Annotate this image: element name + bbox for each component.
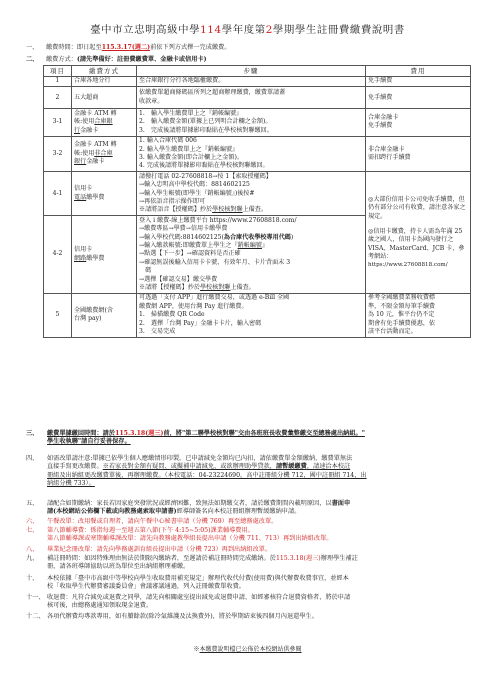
fee-line: 免手續費	[368, 122, 468, 130]
row-fee-credit-card: ◎大部份信用卡公司免收手續費，但仍有部分公司有收費，請注意各家之規定。 ◎信用卡…	[366, 172, 471, 294]
row-item: 4-1	[44, 172, 72, 216]
section-text-bold: 請(本校網站公佈欄下載或向教務處索取申請書)	[47, 508, 177, 515]
section-text: 請配合如期繳納：家長若因家庭突發狀況或經濟困難，致無法如期繳交者，請於繳費期間內…	[47, 500, 332, 507]
row-item: 4-2	[44, 216, 72, 294]
section-text: 核可後，由總務處通知領取現金退費。	[47, 602, 466, 610]
step-line: 依繳費單超商條碼區所列之超商辦理繳費，繳費單請蓋	[139, 89, 363, 97]
fee-line: 準，不限金額每筆手續費	[368, 303, 468, 311]
method-bank-underlined: 非合庫	[94, 150, 112, 157]
late-registration-date: 115.3.18(週三)	[276, 555, 321, 562]
header-item: 項目	[44, 66, 72, 77]
step-line: 上備查。	[243, 206, 267, 213]
row-item: 2	[44, 87, 72, 109]
row-method: 合庫各地分行	[72, 76, 137, 86]
section-number: 十、	[26, 575, 38, 583]
defer-payment-note: 請暫緩繳費	[276, 463, 307, 470]
section-3-receipt-return: 三、 繳費單據繳回時間：請於115.3.18(週三)前，將"第二聯學校核對聯"交…	[26, 430, 466, 447]
title-year: 114	[200, 24, 222, 36]
method-line: 繳學費	[86, 194, 104, 201]
step-line: 可透過「支付 APP」進行繳費交易，或透過 e-Bill 全國	[139, 294, 363, 302]
table-header-row: 項目 繳費方式 步驟 費用	[44, 66, 471, 77]
fee-note: ◎信用卡繳費，持卡人需為年滿 25 歲之國人，信用卡為國內發行之 VISA、Ma…	[368, 228, 468, 262]
row-item: 5	[44, 293, 72, 337]
section-number: 四、	[26, 455, 38, 463]
section-text: 繳費單據繳回時間：請於	[47, 430, 115, 437]
section-12-surplus: 十二、 各項代辦費均專款專用，如有賸餘款(除冷氣維護及汰換費外)，將於學期結束後…	[26, 613, 466, 621]
row-steps: 依繳費單超商條碼區所列之超商辦理繳費，繳費單請蓋 收款章。	[137, 87, 366, 109]
section-note: (請先準備好：註冊費繳費單、金融卡或信用卡)	[77, 56, 207, 63]
section-number: 九、	[26, 555, 38, 563]
section-text: 午餐改單：改用餐或自理者，請向午餐中心秘書申請（分機 769）再至總務處改單。	[47, 518, 466, 526]
section-number: 七、	[26, 527, 38, 535]
section-7-tutoring: 七、 第八節輔導費：係指每週一至週五第八節(下午 4:15~5:05)課業輔導費…	[26, 527, 466, 544]
method-bank-underlined: 銀行	[74, 158, 86, 165]
method-line: 信用卡	[74, 246, 134, 254]
section-number: 八、	[26, 546, 38, 554]
step-line: →選擇【確認交易】繳交學費	[139, 276, 363, 284]
step-bold: 為合庫代收學校專用代碼	[224, 234, 291, 241]
method-line: 帳:使用	[74, 150, 94, 157]
section-9-late-registration: 九、 補註冊時間：如因特殊理由無法於期限內繳納者，至遲請於補註冊時間完成繳納。於…	[26, 555, 466, 572]
step-line: 3. 完成後請將單據影印黏貼在學校核對聯繳回。	[139, 127, 363, 135]
section-text: 校「收取學生代辦費審議委員會」會議審議通過，列入註冊繳費單收費。	[47, 583, 466, 591]
title-suffix: 學期學生註冊費繳費說明書	[273, 24, 405, 36]
step-line: 2. 選擇「台灣 Pay」金融卡卡片，輸入密碼	[139, 320, 363, 328]
row-steps: 請撥打電話 02-27608818→按 1【索取授權碼】 →輸入忠明高中學校代碼…	[137, 172, 366, 216]
fee-notice-page: 臺中市立忠明高級中學114學年度第2學期學生註冊費繳費說明書 一、繳費時間：即日…	[0, 0, 495, 700]
row-fee: 合庫金融卡 免手續費	[366, 109, 471, 136]
method-line: 金融卡 ATM 轉	[74, 141, 134, 149]
table-row: 3-2 金融卡 ATM 轉 帳:使用非合庫 銀行金融卡 1. 輸入合庫代碼 00…	[44, 136, 471, 172]
section-text: 辦理學生補註	[321, 555, 358, 562]
step-line: 2. 輸入學生繳費單上之『銷帳編號』	[139, 146, 363, 154]
section-11-refund: 十一、 收退費：凡符合減免或退費之同學，請先向相關處室提出減免或退費申請，如經審…	[26, 594, 466, 611]
table-row: 1 合庫各地分行 至合庫銀行分行各地臨櫃繳費。 免手續費	[44, 76, 471, 86]
title-school: 臺中市立忠明高級中學	[90, 24, 200, 36]
step-line: )	[291, 234, 293, 241]
fee-line: 需扣跨行手續費	[368, 154, 468, 162]
step-line: →輸入忠明高中學校代碼：8814602125	[139, 181, 363, 189]
method-channel-underlined: 網路	[74, 255, 86, 262]
method-channel-underlined: 電話	[74, 194, 86, 201]
fee-reference-url: https://www.27608818.com/	[368, 262, 468, 270]
step-underlined: 學校核對聯	[212, 206, 242, 213]
section-number: 一、	[26, 44, 46, 52]
footer-text: 本繳費說明檔已公佈於本校網站供參閱	[200, 646, 302, 653]
method-line: 繳學費	[86, 255, 104, 262]
step-line: 1. 掃描繳費 QR Code	[139, 311, 363, 319]
fee-line: 期會有免手續費優惠，依	[368, 320, 468, 328]
section-10-regulations: 十、 本校依據「臺中市高級中等學校向學生收取費用補充規定」辦理代收代付費(使用費…	[26, 575, 466, 592]
step-line: 4. 完成後請將單據影印黏貼在學校核對聯繳回。	[139, 162, 363, 170]
row-steps: 1. 輸入合庫代碼 006 2. 輸入學生繳費單上之『銷帳編號』 3. 輸入繳費…	[137, 136, 366, 172]
fee-line: 為 10 元，惟平台仍不定	[368, 311, 468, 319]
section-text: ，請速洽本校註	[307, 463, 350, 470]
step-line: →輸入繳款帳號:即繳費單上學生之『	[139, 242, 238, 249]
section-label: 繳費方式：	[46, 56, 77, 63]
section-1-payment-period: 一、繳費時間：即日起至115.3.17(週二)前依下列方式擇一完成繳費。	[26, 44, 231, 52]
row-item: 3-1	[44, 109, 72, 136]
title-term: 2	[266, 24, 273, 36]
fee-line: 非合庫金融卡	[368, 146, 468, 154]
header-method: 繳費方式	[72, 66, 137, 77]
section-text: 學生收執聯"請自行妥善保存。	[47, 438, 131, 445]
row-fee: 免手續費	[366, 87, 471, 109]
step-line: 1. 輸入合庫代碼 006	[139, 137, 363, 145]
section-text: 畢業紀念冊改單：請先向學務處訓育組長提出申請（分機 723）再到出納組改單。	[47, 546, 466, 554]
header-fee: 費用	[366, 66, 471, 77]
row-item: 1	[44, 76, 72, 86]
table-row: 5 全國繳費網(含 台灣 pay) 可透過「支付 APP」進行繳費交易，或透過 …	[44, 293, 471, 337]
method-line: 信用卡	[74, 185, 134, 193]
section-text: 前依下列方式擇一完成繳費。	[150, 44, 230, 51]
page-title: 臺中市立忠明高級中學114學年度第2學期學生註冊費繳費說明書	[0, 23, 495, 37]
section-text-bold: 書面申	[332, 500, 351, 507]
row-fee: 非合庫金融卡 需扣跨行手續費	[366, 136, 471, 172]
section-contact: 納組分機 733）。	[47, 480, 466, 488]
row-steps: 可透過「支付 APP」進行繳費交易，或透過 e-Bill 全國 繳費網 APP，…	[137, 293, 366, 337]
method-line: 帳:使用	[74, 118, 94, 125]
method-line: 金融卡	[80, 127, 98, 134]
row-method: 五大超商	[72, 87, 137, 109]
step-line: →點選【下一步】→確認資料是否正確	[139, 250, 363, 258]
row-item: 3-2	[44, 136, 72, 172]
method-line: 金融卡	[86, 158, 104, 165]
row-steps: 至合庫銀行分行各地臨櫃繳費。	[137, 76, 366, 86]
step-line: →輸入學校代碼:8814602125(	[139, 234, 224, 241]
step-line: 上備查。	[230, 284, 254, 291]
section-number: 五、	[26, 500, 38, 508]
row-steps: 登入 i 繳費-線上繳費平台 https://www.27608818.com/…	[137, 216, 366, 294]
table-row: 2 五大超商 依繳費單超商條碼區所列之超商辦理繳費，繳費單請蓋 收款章。 免手續…	[44, 87, 471, 109]
section-text: ※若家長對金額有疑問、或擬補申請減免、或欲辦理助學貸款，	[103, 463, 276, 470]
step-line: 3. 交易完成	[139, 328, 363, 336]
fee-note: ◎大部份信用卡公司免收手續費，但仍有部分公司有收費，請注意各家之規定。	[368, 196, 468, 221]
step-line: 登入 i 繳費-線上繳費平台 https://www.27608818.com/	[139, 217, 363, 225]
step-line: 2. 輸入繳費金額(單據上已列明合計欄之金額)。	[139, 118, 363, 126]
step-underlined: 學校核對聯	[200, 284, 230, 291]
section-text: 經導師簽名向本校註冊組辦理暫緩繳納申請。	[177, 508, 301, 515]
row-method: 金融卡 ATM 轉 帳:使用合庫銀 行金融卡	[72, 109, 137, 136]
section-6-lunch: 六、 午餐改單：改用餐或自理者，請向午餐中心秘書申請（分機 769）再至總務處改…	[26, 518, 466, 526]
section-4-amendment: 四、 如需改單請注意:單據已依學生個人應繳情形印製，已申請減免金額均已內扣，請依…	[26, 455, 466, 488]
step-line: 繳費網 APP，使用台灣 Pay 進行繳費。	[139, 303, 363, 311]
fee-line: 該平台活動而定。	[368, 328, 468, 336]
section-text: 補註冊時間：如因特殊理由無法於期限內繳納者，至遲請於補註冊時間完成繳納。於	[47, 555, 276, 562]
row-method: 信用卡 電話繳學費	[72, 172, 137, 216]
section-text: 第八節輔導課或寒期輔導課改單：請先向教務處教學組長提出申請（分機 711、713…	[47, 535, 466, 543]
method-bank-underlined: 合庫銀	[94, 118, 112, 125]
section-number: 十二、	[26, 613, 45, 621]
row-fee: 參考全國繳費業務收費標 準，不限金額每筆手續費 為 10 元，惟平台仍不定 期會…	[366, 293, 471, 337]
section-label: 繳費時間：即日起至	[46, 44, 102, 51]
section-number: 三、	[26, 430, 38, 438]
table-row: 4-1 信用卡 電話繳學費 請撥打電話 02-27608818→按 1【索取授權…	[44, 172, 471, 216]
section-text: 直接手寫更改繳費。	[47, 463, 103, 470]
fee-line: 參考全國繳費業務收費標	[368, 294, 468, 302]
step-line: →確認無誤後輸入信用卡卡號、有效年月、卡片背面末 3	[139, 259, 363, 267]
row-method: 信用卡 網路繳學費	[72, 216, 137, 294]
row-method: 金融卡 ATM 轉 帳:使用非合庫 銀行金融卡	[72, 136, 137, 172]
step-line: ※請將【授權碼】抄於	[139, 284, 200, 291]
step-line: 收款章。	[139, 98, 363, 106]
row-method: 全國繳費網(含 台灣 pay)	[72, 293, 137, 337]
step-line: ※請將語音【授權碼】抄於	[139, 206, 212, 213]
section-text: 冊，請各班導師協助以班為單位至出納組辦理補繳。	[47, 563, 466, 571]
footer-note: ※本繳費說明檔已公佈於本校網站供參閱	[0, 646, 495, 654]
section-text: 各項代辦費均專款專用，如有賸餘款(除冷氣維護及汰換費外)，將於學期結束後四個月內…	[47, 613, 466, 621]
row-fee: 免手續費	[366, 76, 471, 86]
payment-deadline: 115.3.17(週二)	[102, 44, 150, 51]
title-mid: 學年度第	[222, 24, 266, 36]
section-text: 前，將"第二聯學校核對聯"交由各班班長收費彙整繳交至總務處出納組。"	[163, 430, 364, 437]
row-steps: 1. 輸入學生繳費單上之『銷帳編號』 2. 輸入繳費金額(單據上已列明合計欄之金…	[137, 109, 366, 136]
section-number: 六、	[26, 518, 38, 526]
section-contact: 冊組及出納組更改繳費單後，再辦理繳費。（本校電話：04-23224690，高中註…	[47, 472, 466, 480]
payment-methods-table: 項目 繳費方式 步驟 費用 1 合庫各地分行 至合庫銀行分行各地臨櫃繳費。 免手…	[43, 65, 471, 338]
method-line: 台灣 pay)	[74, 315, 134, 323]
table-row: 3-1 金融卡 ATM 轉 帳:使用合庫銀 行金融卡 1. 輸入學生繳費單上之『…	[44, 109, 471, 136]
section-number: 二、	[26, 56, 46, 64]
return-deadline: 115.3.18(週三)	[115, 430, 163, 437]
step-line: →輸入學生帳號(即學生『銷帳編號』)後按#	[139, 190, 363, 198]
step-line: 碼	[139, 267, 363, 275]
section-8-yearbook: 八、 畢業紀念冊改單：請先向學務處訓育組長提出申請（分機 723）再到出納組改單…	[26, 546, 466, 554]
step-line: →繳費專區→學費→信用卡繳學費	[139, 225, 363, 233]
step-line: 請撥打電話 02-27608818→按 1【索取授權碼】	[139, 173, 363, 181]
step-line: 』	[262, 242, 268, 249]
header-steps: 步驟	[137, 66, 366, 77]
section-2-payment-methods: 二、繳費方式：(請先準備好：註冊費繳費單、金融卡或信用卡)	[26, 56, 207, 64]
section-5-deferred-payment: 五、 請配合如期繳納：家長若因家庭突發狀況或經濟困難，致無法如期繳交者，請於繳費…	[26, 500, 466, 517]
step-underlined: 銷帳編號	[238, 242, 262, 249]
section-number: 十一、	[26, 594, 45, 602]
